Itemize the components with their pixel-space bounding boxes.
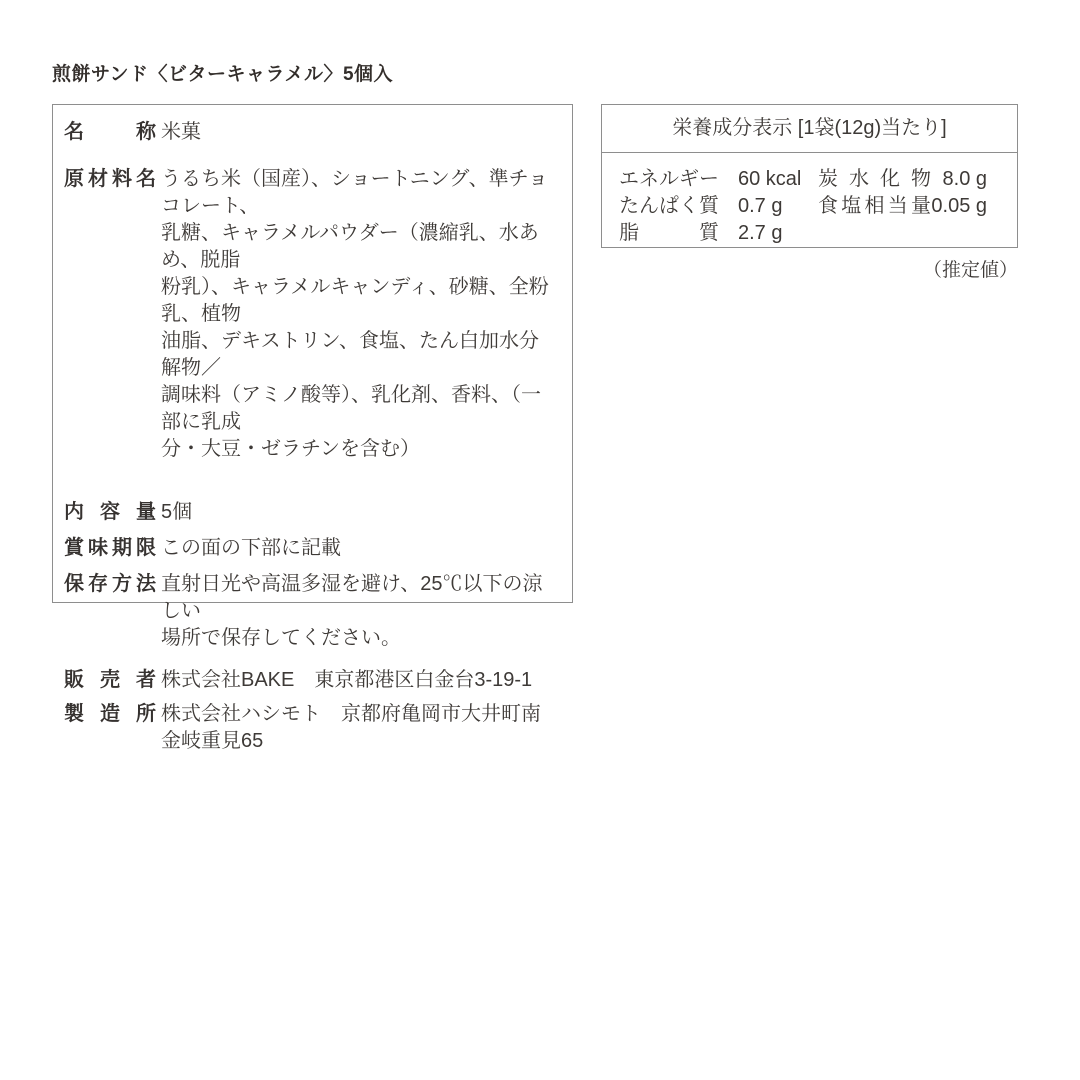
nutrition-value-carbs: 8.0 g xyxy=(931,166,987,193)
nutrition-label-carbs: 炭水化物 xyxy=(818,166,931,193)
nutrition-label-energy: エネルギー xyxy=(619,166,719,193)
nutrition-value-empty xyxy=(931,220,987,247)
info-label-ingredients: 原材料名 xyxy=(64,166,156,193)
info-row-seller: 販売者 株式会社BAKE 東京都港区白金台3-19-1 xyxy=(64,667,558,694)
info-row-factory: 製造所 株式会社ハシモト 京都府亀岡市大井町南 金岐重見65 xyxy=(64,701,558,755)
nutrition-body: エネルギー 60 kcal 炭水化物 8.0 g たんぱく質 0.7 g 食塩相… xyxy=(602,153,1017,247)
nutrition-row-2: たんぱく質 0.7 g 食塩相当量 0.05 g xyxy=(619,193,987,220)
nutrition-value-salt: 0.05 g xyxy=(931,193,987,220)
info-label-best-by: 賞味期限 xyxy=(64,535,156,562)
nutrition-value-protein: 0.7 g xyxy=(719,193,818,220)
info-value-factory: 株式会社ハシモト 京都府亀岡市大井町南 金岐重見65 xyxy=(161,701,558,755)
nutrition-header: 栄養成分表示 [1袋(12g)当たり] xyxy=(602,105,1017,153)
info-value-best-by: この面の下部に記載 xyxy=(161,535,558,562)
nutrition-label-empty xyxy=(818,220,931,247)
nutrition-value-fat: 2.7 g xyxy=(719,220,818,247)
info-label-contents: 内容量 xyxy=(64,499,156,526)
nutrition-label-protein: たんぱく質 xyxy=(619,193,719,220)
info-row-storage: 保存方法 直射日光や高温多湿を避け、25℃以下の涼しい 場所で保存してください。 xyxy=(64,571,558,652)
estimated-value-note: （推定値） xyxy=(601,260,1018,282)
nutrition-table: 栄養成分表示 [1袋(12g)当たり] エネルギー 60 kcal 炭水化物 8… xyxy=(601,104,1018,248)
info-row-ingredients: 原材料名 うるち米（国産）、ショートニング、準チョコレート、 乳糖、キャラメルパ… xyxy=(64,166,558,463)
info-value-ingredients: うるち米（国産）、ショートニング、準チョコレート、 乳糖、キャラメルパウダー（濃… xyxy=(161,166,558,463)
info-row-name: 名称 米菓 xyxy=(64,119,558,146)
info-value-seller: 株式会社BAKE 東京都港区白金台3-19-1 xyxy=(161,667,558,694)
nutrition-row-3: 脂質 2.7 g xyxy=(619,220,987,247)
nutrition-row-1: エネルギー 60 kcal 炭水化物 8.0 g xyxy=(619,166,987,193)
info-value-contents: 5個 xyxy=(161,499,558,526)
info-row-contents: 内容量 5個 xyxy=(64,499,558,526)
nutrition-section: 栄養成分表示 [1袋(12g)当たり] エネルギー 60 kcal 炭水化物 8… xyxy=(601,104,1018,282)
info-label-name: 名称 xyxy=(64,119,156,146)
info-label-factory: 製造所 xyxy=(64,701,156,728)
nutrition-label-salt: 食塩相当量 xyxy=(818,193,931,220)
info-label-storage: 保存方法 xyxy=(64,571,156,598)
info-value-storage: 直射日光や高温多湿を避け、25℃以下の涼しい 場所で保存してください。 xyxy=(161,571,558,652)
nutrition-label-fat: 脂質 xyxy=(619,220,719,247)
info-label-seller: 販売者 xyxy=(64,667,156,694)
product-title: 煎餅サンド〈ビターキャラメル〉5個入 xyxy=(52,63,393,87)
nutrition-value-energy: 60 kcal xyxy=(719,166,818,193)
info-row-best-by: 賞味期限 この面の下部に記載 xyxy=(64,535,558,562)
product-info-table: 名称 米菓 原材料名 うるち米（国産）、ショートニング、準チョコレート、 乳糖、… xyxy=(52,104,573,603)
info-value-name: 米菓 xyxy=(161,119,558,146)
